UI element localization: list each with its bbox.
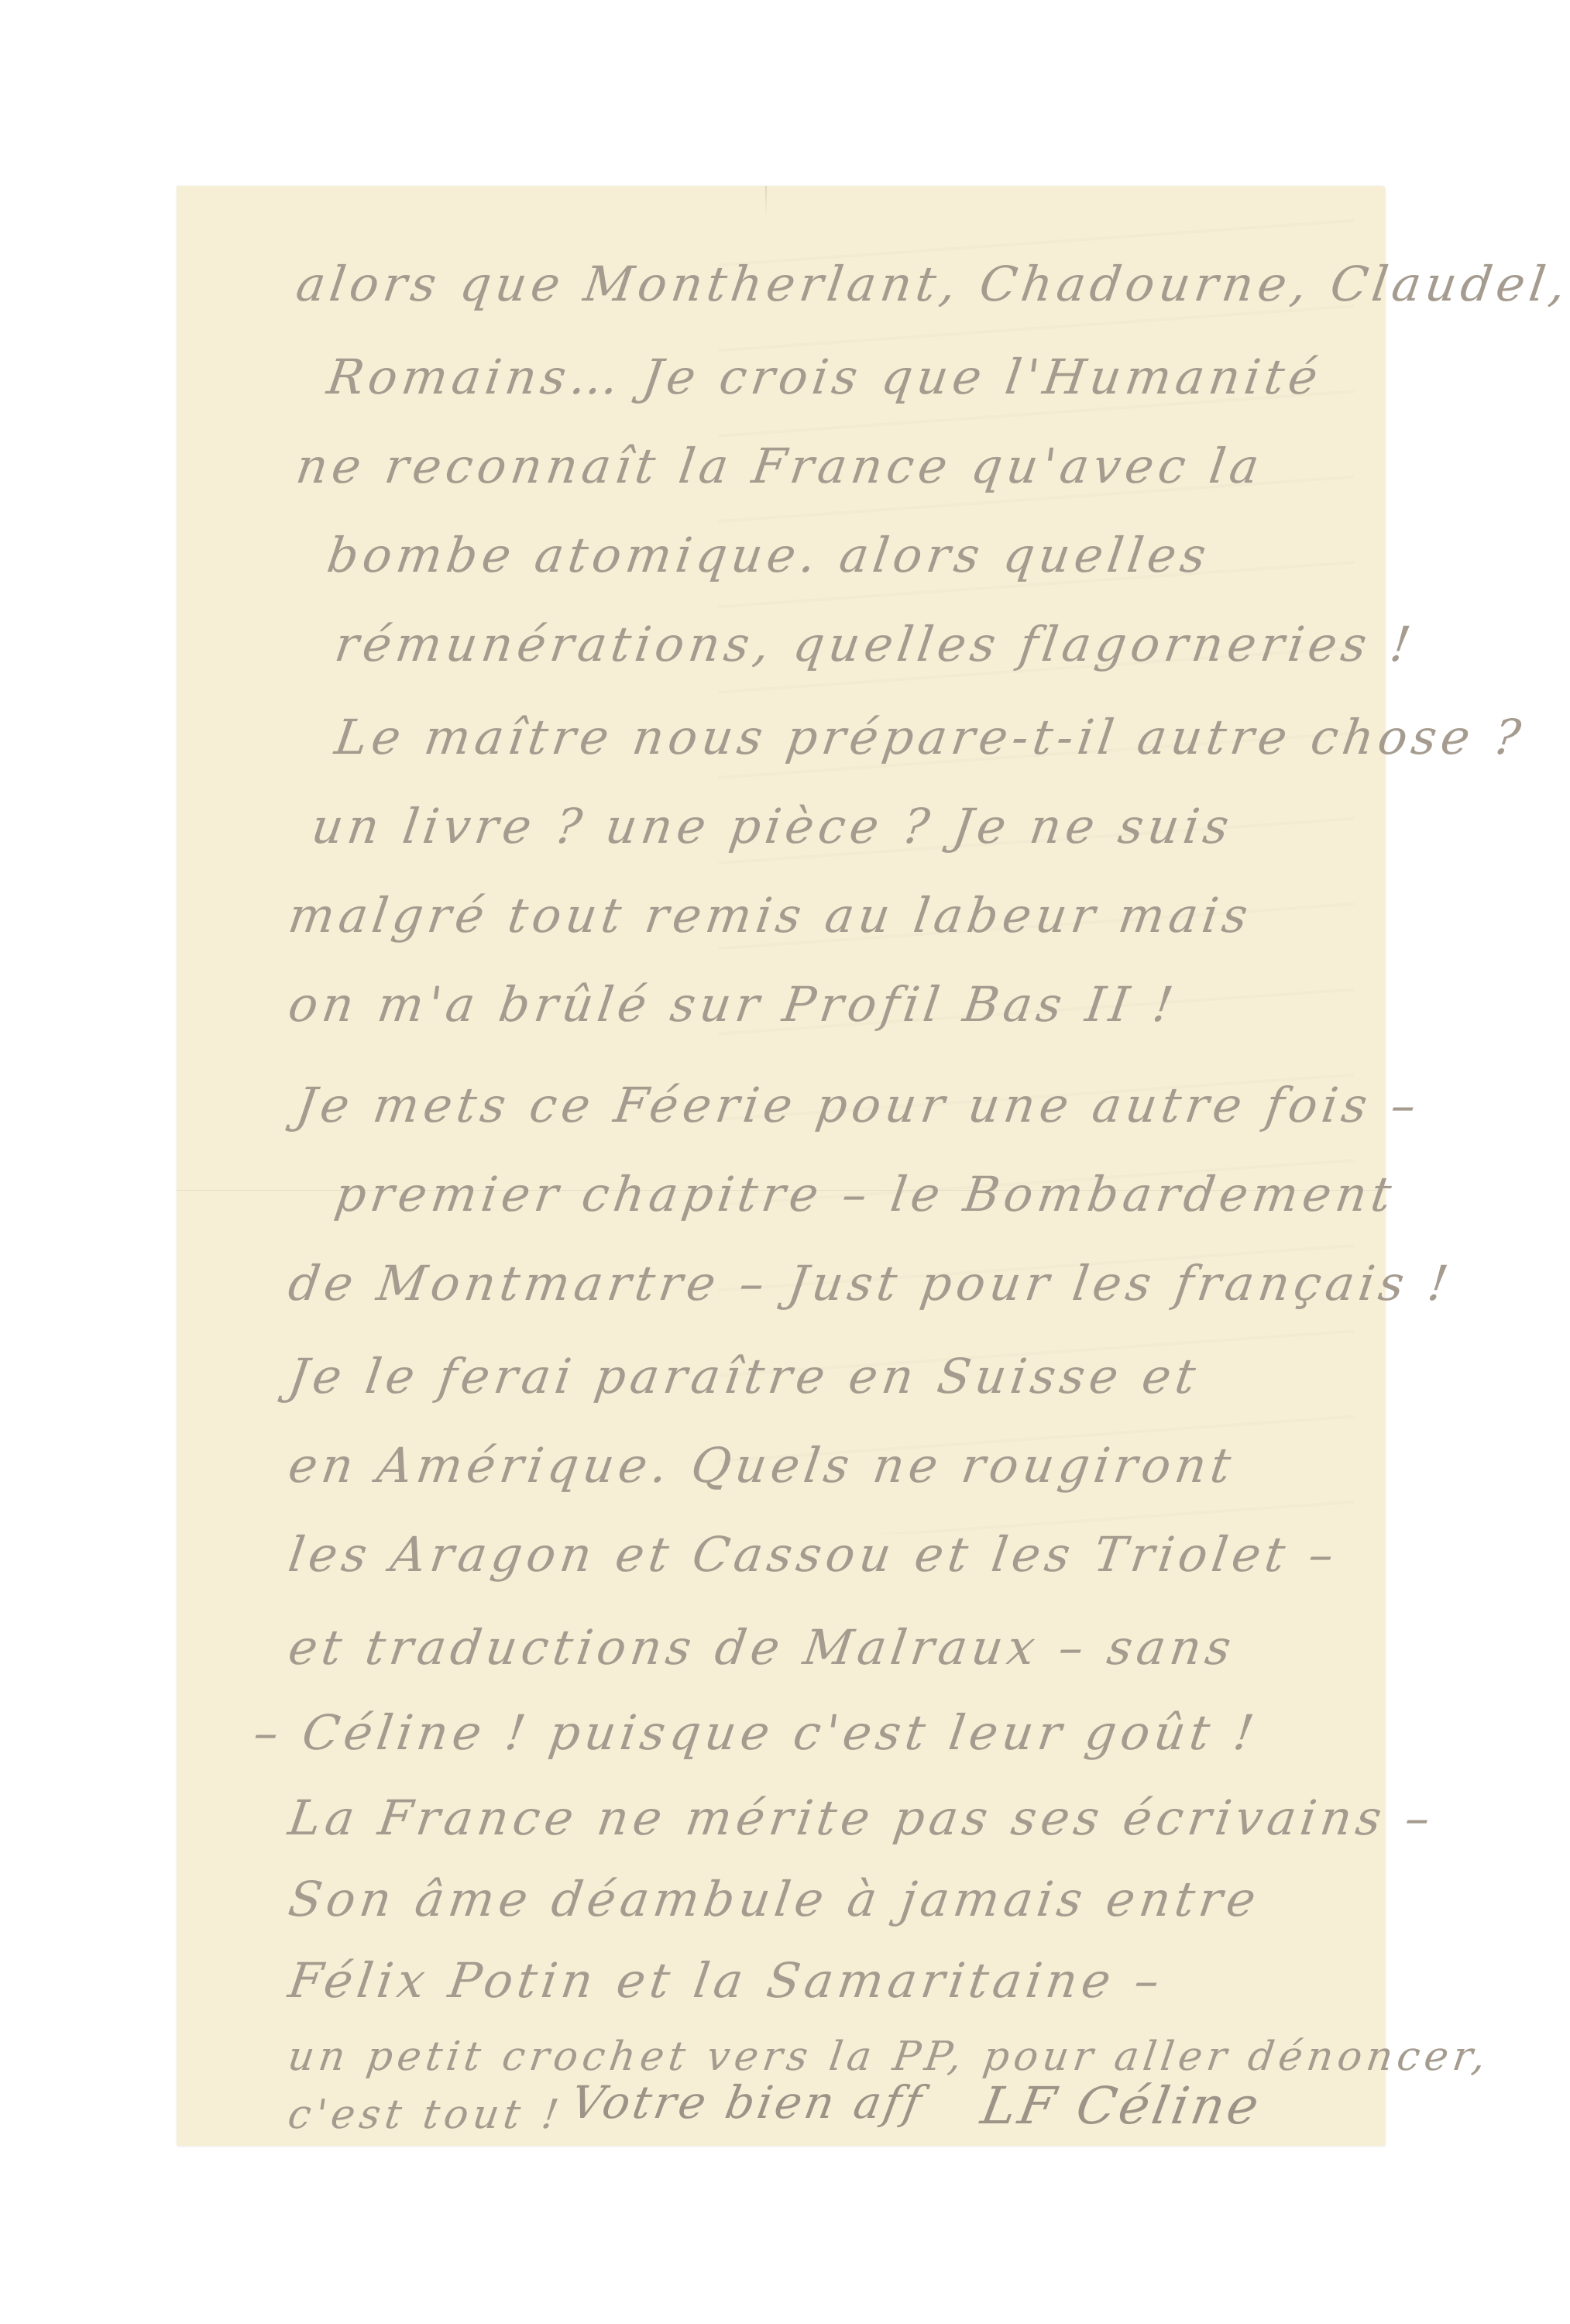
- handwritten-line: Je mets ce Féerie pour une autre fois –: [293, 1077, 1424, 1133]
- handwritten-line: un petit crochet vers la PP, pour aller …: [285, 2033, 1493, 2080]
- letter-page: alors que Montherlant, Chadourne, Claude…: [177, 186, 1385, 2146]
- handwritten-line: un livre ? une pièce ? Je ne suis: [308, 798, 1237, 854]
- signature: LF Céline: [977, 2076, 1266, 2136]
- handwritten-line: c'est tout !: [285, 2092, 566, 2138]
- handwritten-line: Romains… Je crois que l'Humanité: [324, 349, 1326, 405]
- handwritten-line: Son âme déambule à jamais entre: [285, 1871, 1264, 1927]
- handwritten-line: rémunérations, quelles flagorneries !: [332, 616, 1419, 672]
- handwritten-line: premier chapitre – le Bombardement: [332, 1166, 1400, 1222]
- handwritten-line: Félix Potin et la Samaritaine –: [285, 1952, 1167, 2009]
- handwritten-line: de Montmartre – Just pour les français !: [285, 1255, 1456, 1312]
- handwritten-line: on m'a brûlé sur Profil Bas II !: [285, 976, 1181, 1033]
- handwritten-line: bombe atomique. alors quelles: [324, 527, 1214, 583]
- handwritten-line: ne reconnaît la France qu'avec la: [293, 438, 1267, 494]
- letter-closing: Votre bien aff: [567, 2076, 929, 2129]
- handwritten-line: La France ne mérite pas ses écrivains –: [285, 1789, 1438, 1846]
- handwritten-line: et traductions de Malraux – sans: [285, 1619, 1239, 1676]
- handwritten-line: Je le ferai paraître en Suisse et: [285, 1348, 1204, 1404]
- handwritten-line: alors que Montherlant, Chadourne, Claude…: [293, 256, 1570, 312]
- handwritten-line: en Amérique. Quels ne rougiront: [285, 1437, 1238, 1494]
- handwritten-line: les Aragon et Cassou et les Triolet –: [285, 1526, 1342, 1583]
- reverse-show-through: [719, 217, 1354, 1534]
- handwritten-line: Le maître nous prépare-t-il autre chose …: [332, 709, 1529, 765]
- handwritten-line: malgré tout remis au labeur mais: [285, 887, 1256, 944]
- handwritten-line: – Céline ! puisque c'est leur goût !: [250, 1704, 1262, 1761]
